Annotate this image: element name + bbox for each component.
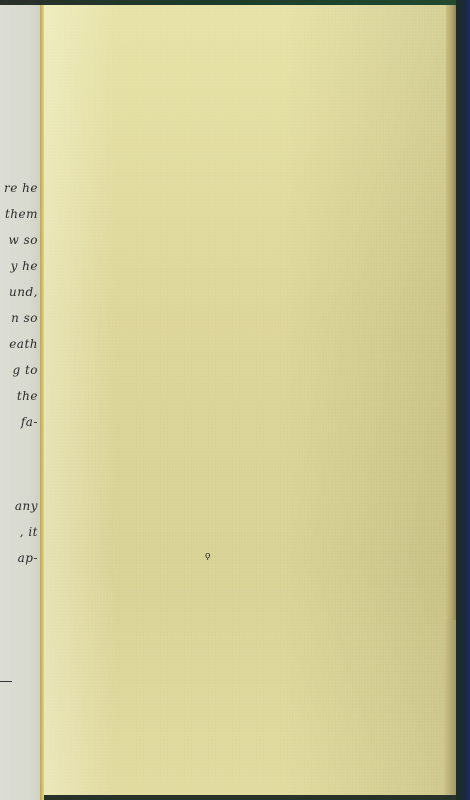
text-line: y he (11, 259, 38, 273)
text-line: und, (9, 285, 38, 299)
text-line: , it (20, 525, 38, 539)
text-line: any (15, 499, 38, 513)
book-cover-edge (456, 0, 470, 800)
text-line: re he (4, 181, 38, 195)
text-line: n so (11, 311, 38, 325)
text-line: ap- (18, 551, 38, 565)
scanned-book-spread: re he them w so y he und, n so eath g to… (0, 0, 470, 800)
horizontal-rule (0, 681, 12, 682)
page-stack-edge-lower (444, 620, 456, 795)
stray-ink-mark: ϙ (205, 551, 210, 561)
right-page-blank (44, 5, 446, 795)
text-line: eath (9, 337, 38, 351)
left-page: re he them w so y he und, n so eath g to… (0, 5, 42, 800)
text-line: the (17, 389, 38, 403)
bottom-scan-edge (44, 795, 456, 800)
text-line: w so (9, 233, 38, 247)
text-line: them (5, 207, 38, 221)
text-line: g to (12, 363, 38, 377)
text-line: fa- (21, 415, 38, 429)
